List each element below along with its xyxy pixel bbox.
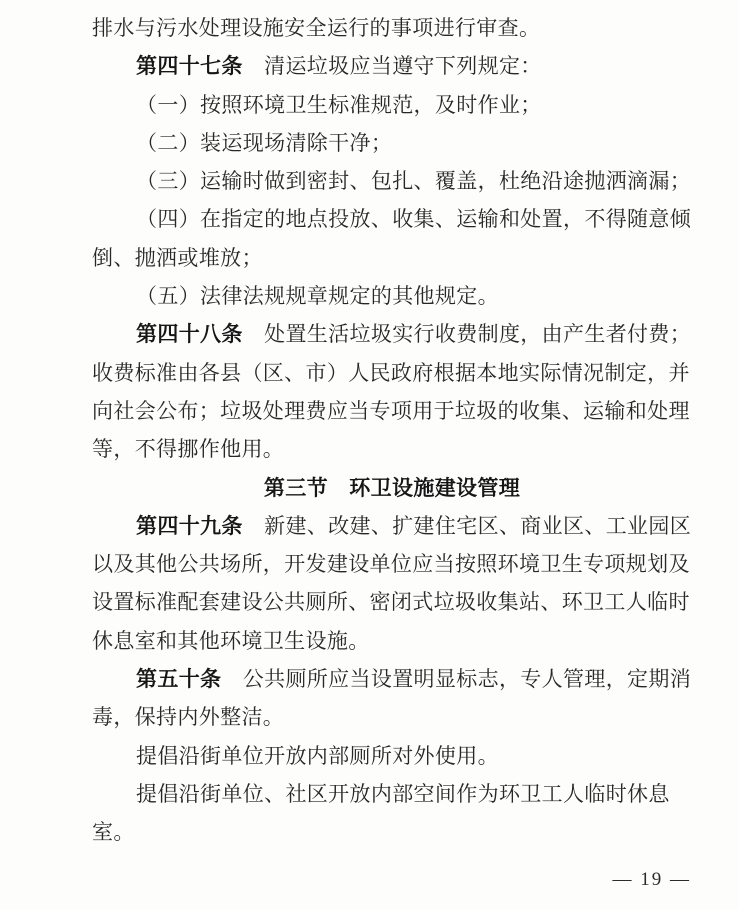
text-run: （三）运输时做到密封、包扎、覆盖，杜绝沿途抛洒滴漏； <box>136 169 691 193</box>
bold-text-run: 第四十七条 <box>136 54 243 78</box>
text-run: 排水与污水处理设施安全运行的事项进行审查。 <box>92 16 540 40</box>
text-line: 休息室和其他环境卫生设施。 <box>92 622 692 660</box>
text-run: 室。 <box>92 820 135 844</box>
text-line: 第三节 环卫设施建设管理 <box>92 469 692 507</box>
text-run: 向社会公布；垃圾处理费应当专项用于垃圾的收集、运输和处理 <box>92 399 690 423</box>
text-run: 清运垃圾应当遵守下列规定： <box>243 54 542 78</box>
text-line: （一）按照环境卫生标准规范，及时作业； <box>92 86 692 124</box>
text-line: 第四十七条 清运垃圾应当遵守下列规定： <box>92 47 692 85</box>
text-line: 等，不得挪作他用。 <box>92 430 692 468</box>
text-line: 提倡沿街单位开放内部厕所对外使用。 <box>92 737 692 775</box>
text-line: 毒，保持内外整洁。 <box>92 698 692 736</box>
bold-text-run: 第四十九条 <box>136 514 243 538</box>
text-run: 提倡沿街单位开放内部厕所对外使用。 <box>136 744 499 768</box>
text-line: （四）在指定的地点投放、收集、运输和处置，不得随意倾 <box>92 200 692 238</box>
text-run: 等，不得挪作他用。 <box>92 437 284 461</box>
text-run: 公共厕所应当设置明显标志，专人管理，定期消 <box>221 667 691 691</box>
page-number: — 19 — <box>613 866 692 894</box>
document-body: 排水与污水处理设施安全运行的事项进行审查。第四十七条 清运垃圾应当遵守下列规定：… <box>92 9 692 852</box>
text-run: 处置生活垃圾实行收费制度，由产生者付费； <box>243 322 691 346</box>
text-run: 新建、改建、扩建住宅区、商业区、工业园区 <box>243 514 691 538</box>
text-run: 设置标准配套建设公共厕所、密闭式垃圾收集站、环卫工人临时 <box>92 590 690 614</box>
text-run: 提倡沿街单位、社区开放内部空间作为环卫工人临时休息 <box>136 782 670 806</box>
text-line: （五）法律法规规章规定的其他规定。 <box>92 277 692 315</box>
text-line: 提倡沿街单位、社区开放内部空间作为环卫工人临时休息 <box>92 775 692 813</box>
text-line: 设置标准配套建设公共厕所、密闭式垃圾收集站、环卫工人临时 <box>92 583 692 621</box>
text-run: （一）按照环境卫生标准规范，及时作业； <box>136 93 542 117</box>
text-line: 室。 <box>92 813 692 851</box>
text-line: 第四十九条 新建、改建、扩建住宅区、商业区、工业园区 <box>92 507 692 545</box>
bold-text-run: 第五十条 <box>136 667 221 691</box>
text-run: 休息室和其他环境卫生设施。 <box>92 629 370 653</box>
text-run: （四）在指定的地点投放、收集、运输和处置，不得随意倾 <box>136 207 691 231</box>
text-line: 排水与污水处理设施安全运行的事项进行审查。 <box>92 9 692 47</box>
text-run: （五）法律法规规章规定的其他规定。 <box>136 284 499 308</box>
text-line: 收费标准由各县（区、市）人民政府根据本地实际情况制定，并 <box>92 354 692 392</box>
text-line: 倒、抛洒或堆放； <box>92 239 692 277</box>
text-line: 第四十八条 处置生活垃圾实行收费制度，由产生者付费； <box>92 315 692 353</box>
text-line: 向社会公布；垃圾处理费应当专项用于垃圾的收集、运输和处理 <box>92 392 692 430</box>
text-line: （二）装运现场清除干净； <box>92 124 692 162</box>
document-page: 排水与污水处理设施安全运行的事项进行审查。第四十七条 清运垃圾应当遵守下列规定：… <box>0 0 739 910</box>
text-line: （三）运输时做到密封、包扎、覆盖，杜绝沿途抛洒滴漏； <box>92 162 692 200</box>
text-run: 倒、抛洒或堆放； <box>92 246 263 270</box>
text-run: 毒，保持内外整洁。 <box>92 705 284 729</box>
text-run: 以及其他公共场所，开发建设单位应当按照环境卫生专项规划及 <box>92 552 690 576</box>
text-line: 以及其他公共场所，开发建设单位应当按照环境卫生专项规划及 <box>92 545 692 583</box>
text-line: 第五十条 公共厕所应当设置明显标志，专人管理，定期消 <box>92 660 692 698</box>
text-run: （二）装运现场清除干净； <box>136 131 392 155</box>
text-run: 收费标准由各县（区、市）人民政府根据本地实际情况制定，并 <box>92 361 690 385</box>
bold-text-run: 第三节 环卫设施建设管理 <box>264 476 520 500</box>
bold-text-run: 第四十八条 <box>136 322 243 346</box>
